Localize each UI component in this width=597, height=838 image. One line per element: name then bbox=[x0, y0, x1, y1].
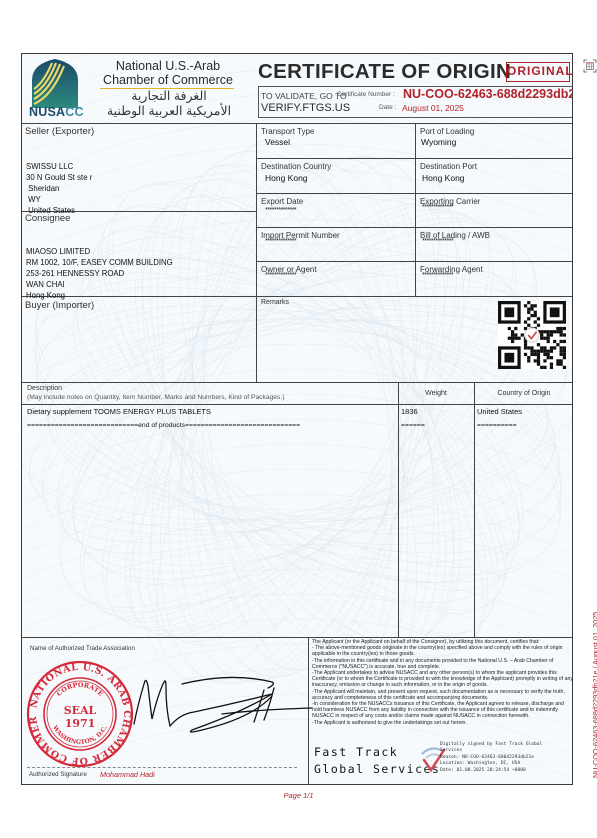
certificate-number-label: Certificate Number : bbox=[337, 91, 395, 98]
certificate-date: August 01, 2025 bbox=[402, 103, 464, 113]
owner-or-agent-value: ************** bbox=[265, 272, 296, 279]
authorized-signature-label: Authorized Signature bbox=[29, 771, 87, 778]
export-date-value: ************** bbox=[265, 207, 296, 214]
buyer-label: Buyer (Importer) bbox=[25, 300, 94, 311]
import-permit-value: ************** bbox=[265, 238, 296, 245]
certificate-number: NU-COO-62463-688d2293db21e bbox=[403, 87, 573, 101]
destination-port-label: Destination Port bbox=[420, 162, 477, 171]
weight-header: Weight bbox=[398, 390, 474, 397]
description-hint: (May include notes on Quantity, Item Num… bbox=[27, 394, 284, 401]
side-reference-text: NU-COO-62463-688d2293db21e / August 01, … bbox=[591, 612, 597, 778]
org-abbreviation: NUSACC bbox=[29, 105, 84, 119]
forwarding-agent-value: ************** bbox=[422, 272, 453, 279]
page-number: Page 1/1 bbox=[0, 791, 597, 800]
digital-signature-details: Digitally signed by Fast Track Global Se… bbox=[440, 742, 542, 774]
transport-type-label: Transport Type bbox=[261, 127, 314, 136]
transport-type-value: Vessel bbox=[265, 137, 290, 147]
verify-instruction: TO VALIDATE, GO TO bbox=[261, 91, 347, 101]
divider bbox=[256, 123, 257, 383]
country-of-origin-header: Country of Origin bbox=[474, 390, 573, 397]
certificate-page: NUSACC National U.S.-Arab Chamber of Com… bbox=[21, 53, 573, 785]
divider bbox=[256, 261, 573, 262]
nusacc-arch-icon bbox=[30, 58, 80, 108]
trade-association-label: Name of Authorized Trade Association bbox=[30, 645, 135, 652]
remarks-label: Remarks bbox=[261, 299, 289, 306]
svg-text:SEAL: SEAL bbox=[64, 704, 97, 717]
corporate-seal-icon: NATIONAL U.S. ARAB CHAMBER OF COMMERCE, … bbox=[25, 659, 135, 769]
nusacc-logo: NUSACC National U.S.-Arab Chamber of Com… bbox=[22, 54, 254, 122]
divider bbox=[256, 158, 573, 159]
svg-text:1971: 1971 bbox=[65, 717, 96, 730]
divider bbox=[256, 227, 573, 228]
document-title: CERTIFICATE OF ORIGIN bbox=[258, 60, 511, 84]
divider bbox=[22, 123, 573, 124]
consignee-label: Consignee bbox=[25, 213, 70, 224]
divider bbox=[256, 193, 573, 194]
svg-text:CORPORATE: CORPORATE bbox=[55, 681, 105, 698]
row-description: Dietary supplement TOOMS ENERGY PLUS TAB… bbox=[27, 407, 211, 416]
row-description: ============================end of produ… bbox=[27, 422, 300, 429]
divider bbox=[415, 123, 416, 296]
row-weight: 1836 bbox=[401, 407, 418, 416]
org-name-arabic: الغرفة التجارية الأمريكية العربية الوطني… bbox=[102, 89, 236, 119]
divider bbox=[398, 382, 399, 637]
row-country: ========== bbox=[477, 422, 517, 429]
port-of-loading-label: Port of Loading bbox=[420, 127, 474, 136]
export-date-label: Export Date bbox=[261, 197, 303, 206]
divider bbox=[22, 637, 573, 638]
table-view-icon[interactable] bbox=[583, 59, 597, 73]
seller-label: Seller (Exporter) bbox=[25, 126, 94, 137]
divider bbox=[22, 382, 573, 383]
divider bbox=[22, 404, 573, 405]
applicant-terms: The Applicant (or the Applicant on behal… bbox=[312, 639, 573, 726]
original-stamp: ORIGINAL bbox=[506, 62, 570, 82]
destination-country-value: Hong Kong bbox=[265, 173, 308, 183]
destination-country-label: Destination Country bbox=[261, 162, 331, 171]
verification-box: TO VALIDATE, GO TO VERIFY.FTGS.US Certif… bbox=[258, 86, 573, 118]
date-label: Date : bbox=[379, 104, 396, 111]
handwritten-signature bbox=[122, 664, 312, 754]
row-country: United States bbox=[477, 407, 522, 416]
row-weight: ====== bbox=[401, 422, 425, 429]
side-reference: NU-COO-62463-688d2293db21e / August 01, … bbox=[580, 600, 594, 780]
destination-port-value: Hong Kong bbox=[422, 173, 465, 183]
port-of-loading-value: Wyoming bbox=[421, 137, 456, 147]
signatory-name: Mohammad Hadi bbox=[100, 770, 155, 779]
signature-line bbox=[27, 767, 297, 768]
divider bbox=[474, 382, 475, 637]
bill-of-lading-value: ************** bbox=[422, 238, 453, 245]
exporting-carrier-value: ************** bbox=[422, 204, 453, 211]
verify-url[interactable]: VERIFY.FTGS.US bbox=[261, 102, 350, 114]
qr-code-icon[interactable] bbox=[498, 301, 566, 369]
description-header: Description bbox=[27, 385, 62, 392]
org-name-english: National U.S.-Arab Chamber of Commerce bbox=[102, 59, 234, 87]
